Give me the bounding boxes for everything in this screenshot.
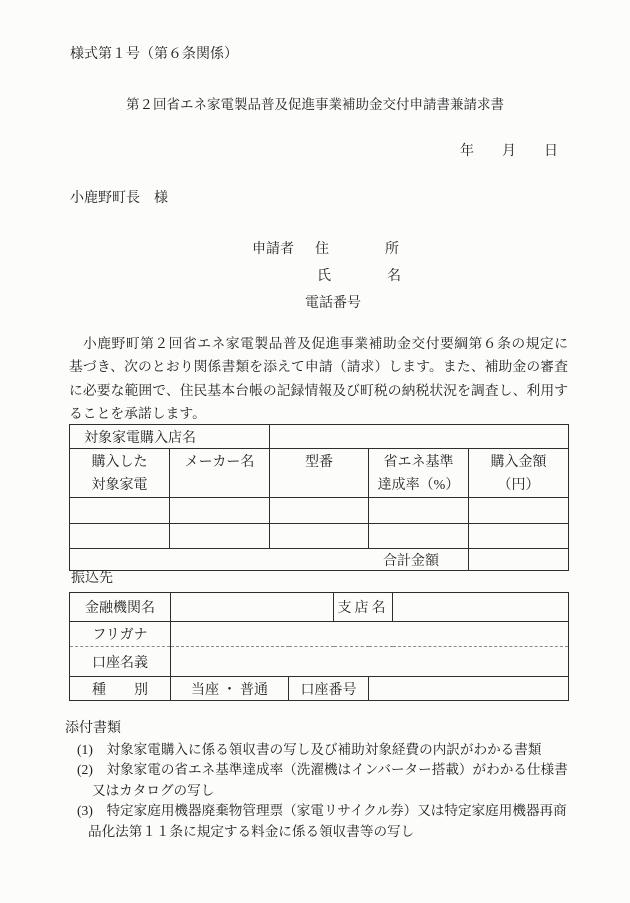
bank-name-label: 金融機関名 bbox=[70, 593, 171, 622]
col-header-amount: 購入金額 （円） bbox=[469, 449, 569, 498]
amount-cell bbox=[469, 524, 569, 549]
applicant-block: 申請者住 所 氏 名 電話番号 bbox=[252, 236, 401, 317]
paragraph-line: 基づき、次のとおり関係書類を添えて申請（請求）します。また、補助金の審査 bbox=[69, 355, 568, 378]
attachment-item-1: (1) 対象家電購入に係る領収書の写し及び補助対象経費の内訳がわかる書類 bbox=[77, 740, 587, 760]
store-name-field bbox=[270, 425, 569, 449]
applicant-label: 申請者 bbox=[252, 242, 294, 257]
branch-name-field bbox=[393, 593, 569, 622]
transfer-section-label: 振込先 bbox=[71, 571, 113, 587]
furigana-label: フリガナ bbox=[70, 622, 171, 647]
name-label: 氏 名 bbox=[317, 269, 401, 284]
phone-label: 電話番号 bbox=[305, 296, 361, 311]
attachment-item-3-continuation: 品化法第１１条に規定する料金に係る領収書等の写し bbox=[88, 822, 587, 842]
attachment-item-3: (3) 特定家庭用機器廃棄物管理票（家電リサイクル券）又は特定家庭用機器再商 bbox=[77, 801, 587, 821]
appliance-cell bbox=[70, 524, 170, 549]
attachments-list: (1) 対象家電購入に係る領収書の写し及び補助対象経費の内訳がわかる書類 (2)… bbox=[77, 740, 587, 842]
addressee: 小鹿野町長 様 bbox=[70, 191, 168, 207]
col-header-energy-rate: 省エネ基準 達成率（%） bbox=[369, 449, 469, 498]
paragraph-line: に必要な範囲で、住民基本台帳の記録情報及び町税の納税状況を調査し、利用す bbox=[69, 379, 568, 402]
document-page: 様式第１号（第６条関係） 第２回省エネ家電製品普及促進事業補助金交付申請書兼請求… bbox=[0, 0, 630, 903]
purchase-table: 対象家電購入店名 購入した 対象家電 メーカー名 型番 省エネ基準 達成率（%）… bbox=[69, 424, 569, 571]
paragraph-line: 小鹿野町第２回省エネ家電製品普及促進事業補助金交付要綱第６条の規定に bbox=[69, 332, 568, 355]
col-header-maker: メーカー名 bbox=[170, 449, 270, 498]
store-name-label: 対象家電購入店名 bbox=[70, 425, 270, 449]
account-number-field bbox=[369, 677, 569, 701]
address-label: 住 所 bbox=[315, 242, 399, 257]
account-holder-label: 口座名義 bbox=[70, 647, 171, 677]
account-type-options: 当座 ・ 普通 bbox=[171, 677, 289, 701]
account-number-label: 口座番号 bbox=[289, 677, 369, 701]
maker-cell bbox=[170, 524, 270, 549]
form-title: 第２回省エネ家電製品普及促進事業補助金交付申請書兼請求書 bbox=[0, 97, 630, 113]
bank-name-field bbox=[171, 593, 334, 622]
energy-rate-cell bbox=[369, 524, 469, 549]
account-holder-field bbox=[171, 647, 569, 677]
attachment-item-2: (2) 対象家電の省エネ基準達成率（洗濯機はインバーター搭載）がわかる仕様書 bbox=[77, 760, 587, 780]
appliance-cell bbox=[70, 498, 170, 524]
energy-rate-cell bbox=[369, 498, 469, 524]
attachment-item-2-continuation: 又はカタログの写し bbox=[92, 781, 587, 801]
declaration-paragraph: 小鹿野町第２回省エネ家電製品普及促進事業補助金交付要綱第６条の規定に 基づき、次… bbox=[69, 332, 568, 425]
amount-cell bbox=[469, 498, 569, 524]
model-cell bbox=[270, 498, 369, 524]
furigana-field bbox=[171, 622, 569, 647]
account-type-label: 種 別 bbox=[70, 677, 171, 701]
paragraph-line: ることを承諾します。 bbox=[69, 402, 568, 425]
total-amount-field bbox=[469, 549, 569, 571]
model-cell bbox=[270, 524, 369, 549]
col-header-model: 型番 bbox=[270, 449, 369, 498]
attachments-heading: 添付書類 bbox=[65, 721, 121, 737]
applicant-address-line: 申請者住 所 bbox=[252, 236, 401, 263]
maker-cell bbox=[170, 498, 270, 524]
date-line: 年 月 日 bbox=[69, 144, 558, 160]
branch-name-label: 支店名 bbox=[334, 593, 393, 622]
form-number: 様式第１号（第６条関係） bbox=[70, 47, 238, 63]
total-amount-label: 合計金額 bbox=[70, 549, 469, 571]
col-header-appliance: 購入した 対象家電 bbox=[70, 449, 170, 498]
transfer-table: 金融機関名 支店名 フリガナ 口座名義 種 別 当座 ・ 普通 口座番号 bbox=[69, 592, 569, 701]
